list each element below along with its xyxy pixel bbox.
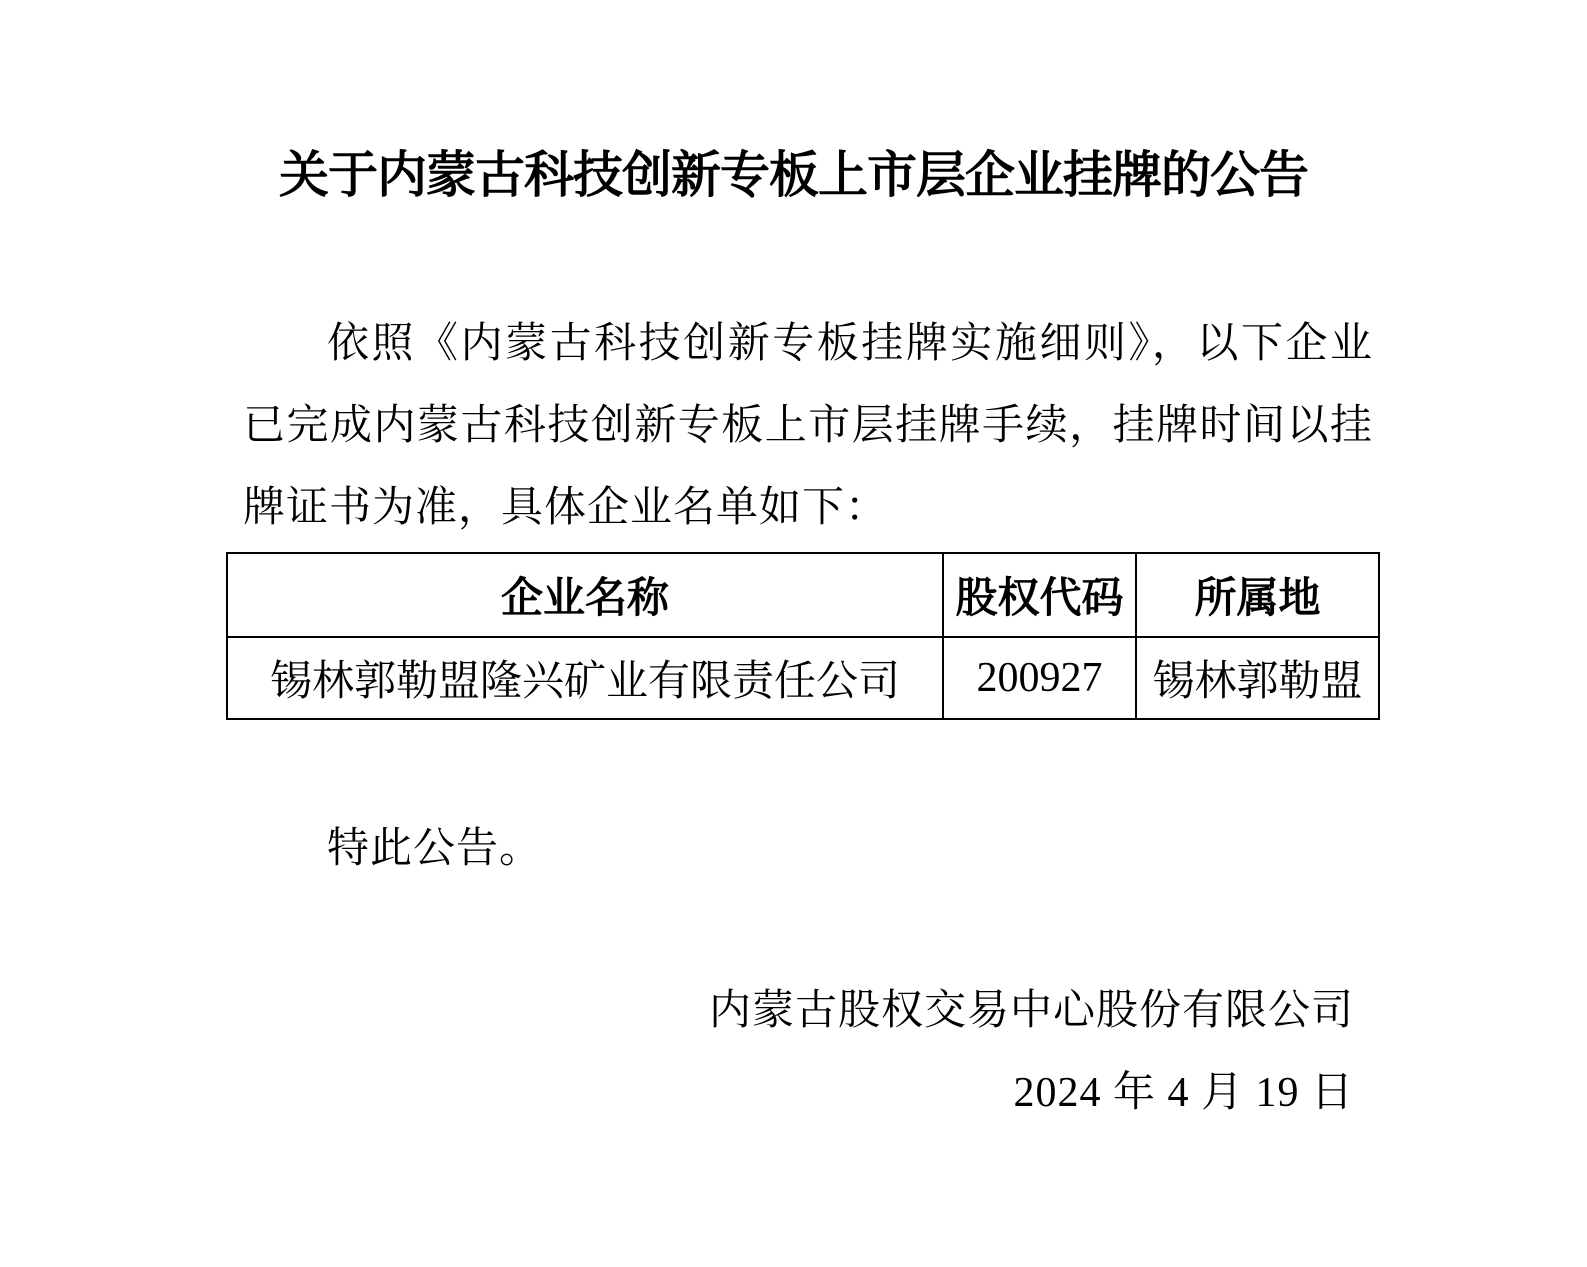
paragraph-line-3: 牌证书为准，具体企业名单如下： <box>243 467 1373 549</box>
signature-block: 内蒙古股权交易中心股份有限公司 2024 年 4 月 19 日 <box>0 970 1354 1134</box>
paragraph-line-2: 已完成内蒙古科技创新专板上市层挂牌手续，挂牌时间以挂 <box>243 385 1373 467</box>
closing-statement: 特此公告。 <box>243 808 1373 890</box>
companies-table: 企业名称 股权代码 所属地 锡林郭勒盟隆兴矿业有限责任公司 200927 锡林郭… <box>226 552 1380 720</box>
signature-company: 内蒙古股权交易中心股份有限公司 <box>0 970 1354 1052</box>
header-company-name: 企业名称 <box>227 553 943 637</box>
cell-equity-code: 200927 <box>943 637 1136 719</box>
table-header-row: 企业名称 股权代码 所属地 <box>227 553 1379 637</box>
page-title: 关于内蒙古科技创新专板上市层企业挂牌的公告 <box>20 140 1567 210</box>
header-region: 所属地 <box>1136 553 1379 637</box>
table-row: 锡林郭勒盟隆兴矿业有限责任公司 200927 锡林郭勒盟 <box>227 637 1379 719</box>
signature-date: 2024 年 4 月 19 日 <box>0 1052 1354 1134</box>
cell-company-name: 锡林郭勒盟隆兴矿业有限责任公司 <box>227 637 943 719</box>
announcement-page: { "page": { "background": "#ffffff", "te… <box>0 0 1587 1267</box>
paragraph-line-1: 依照《内蒙古科技创新专板挂牌实施细则》，以下企业 <box>243 303 1373 385</box>
cell-region: 锡林郭勒盟 <box>1136 637 1379 719</box>
body-paragraph: 依照《内蒙古科技创新专板挂牌实施细则》，以下企业 已完成内蒙古科技创新专板上市层… <box>243 303 1373 549</box>
header-equity-code: 股权代码 <box>943 553 1136 637</box>
